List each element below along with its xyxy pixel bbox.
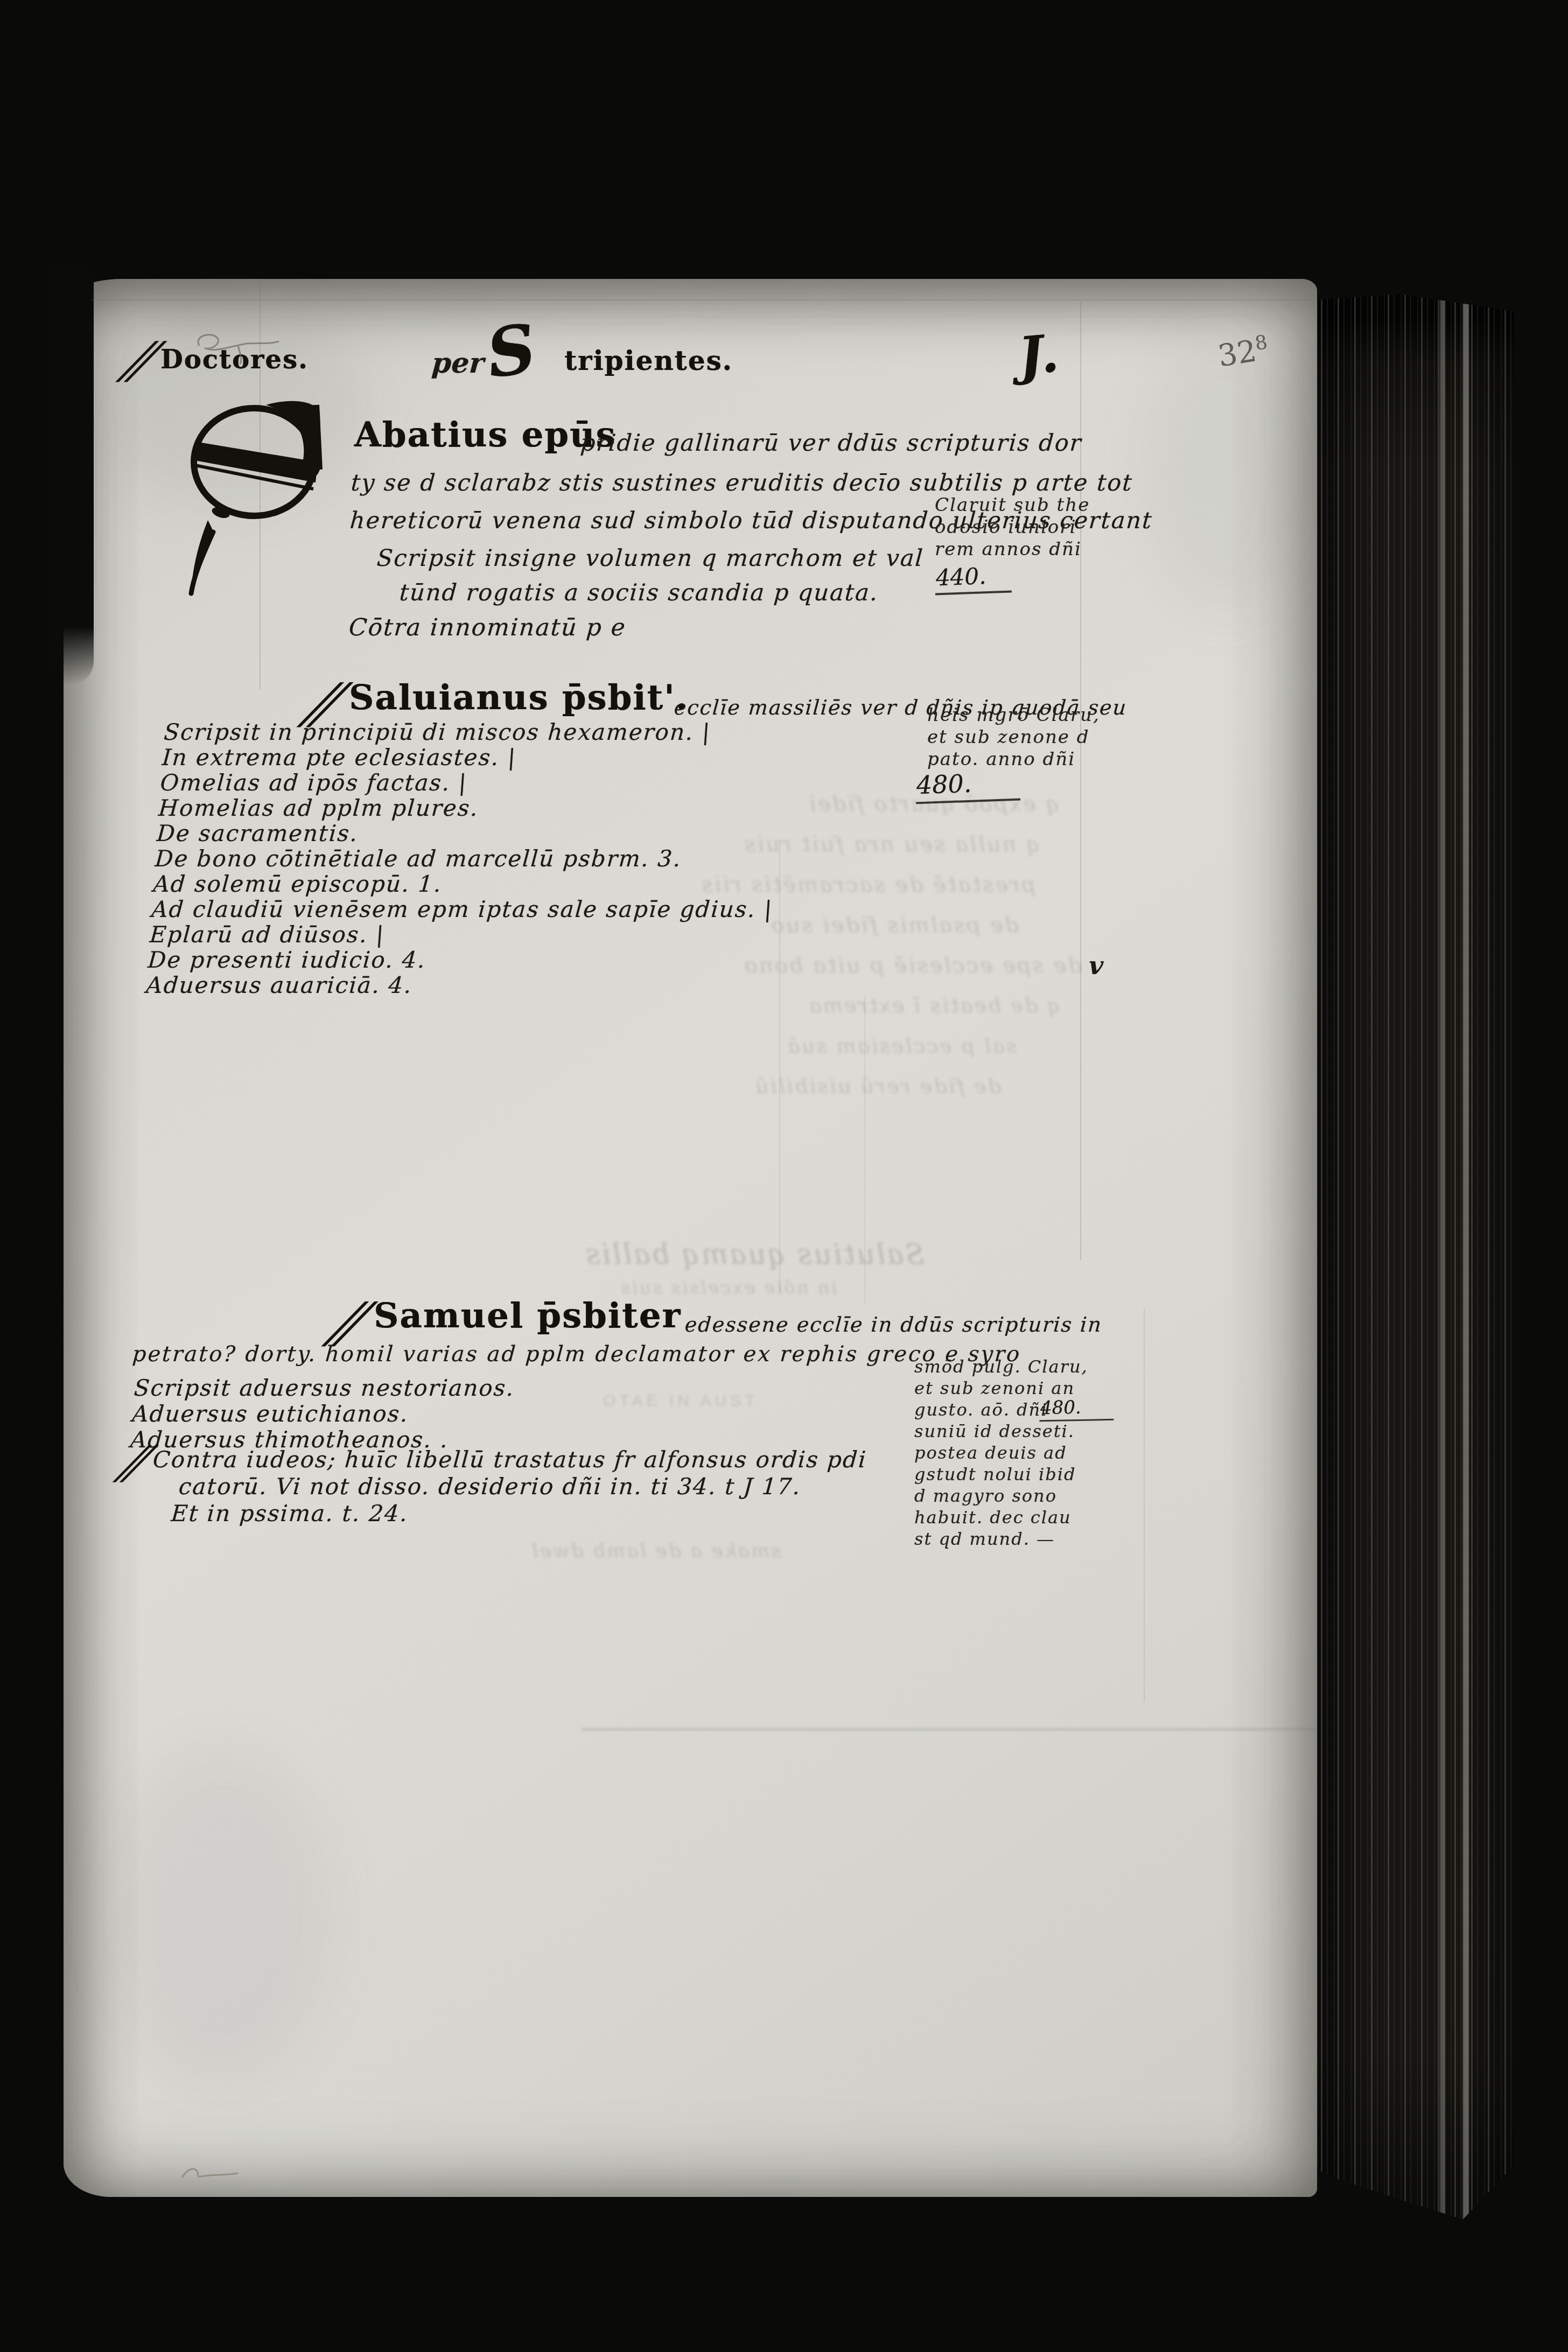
work-item: Scripsit aduersus nestorianos. <box>133 1375 515 1401</box>
margin-note-saluianus: heis mgrō Claru, et sub zenone d pato. a… <box>927 704 1100 771</box>
entry-text-line: Contra iudeos; huīc libellū trastatus fr… <box>152 1446 867 1473</box>
work-item: Ad claudiū vienēsem epm iptas sale sapīe… <box>151 897 774 922</box>
manuscript-photograph: q expoō quarto fidei q nulla seu nra fui… <box>0 0 1568 2352</box>
ghost-text-line: q nulla seu nra fuit ruis <box>743 832 1040 857</box>
margin-line: postea deuis ad <box>914 1442 1088 1464</box>
ghost-heading: Salutius quamq ballis <box>584 1238 925 1271</box>
entry-text-line: catorū. Vi not disso. desiderio dñi in. … <box>178 1473 802 1500</box>
margin-line: suniū id desseti. <box>914 1420 1088 1442</box>
margin-year-saluianus: 480. <box>915 767 1020 804</box>
ruling-line <box>92 299 1314 300</box>
work-item: Aduersus auariciā. 4. <box>145 972 768 998</box>
entry-text-line: petrato? dorty. homil varias ad pplm dec… <box>131 1342 1021 1367</box>
entry-text-line: Et in pssima. t. 24. <box>170 1500 409 1527</box>
initial-letter-A <box>173 398 351 603</box>
work-item: De presenti iudicio. 4. <box>147 947 770 972</box>
entry-heading-samuel: Samuel p̄sbiter <box>374 1296 681 1336</box>
ghost-text-line: smake a de lamb dwel <box>530 1540 781 1562</box>
ghost-text-line: de spe ecclesiē p uita bono <box>743 953 1082 978</box>
ghost-text-line: de psalmis fidei suo <box>770 913 1018 937</box>
ghost-caps-line: OTAE IN AUST <box>603 1392 758 1410</box>
work-item: Scripsit in principiū di miscos hexamero… <box>163 719 786 745</box>
ruling-line <box>1144 1308 1145 1702</box>
entry-text-line: Cōtra innominatū p e <box>348 614 627 641</box>
paper-stain <box>1142 334 1303 614</box>
margin-line: odosio iuniori <box>935 516 1090 538</box>
entry-heading-saluianus: Saluianus p̄sbit'. <box>349 677 689 718</box>
entry-heading-abatius: Abatius epūs <box>354 415 617 455</box>
running-title-per: per <box>431 347 485 380</box>
margin-line: heis mgrō Claru, <box>927 704 1100 726</box>
folio-number-digits: 32 <box>1216 333 1259 374</box>
stray-letter-mark: v <box>1088 951 1104 980</box>
work-item: Ad solemū episcopū. 1. <box>152 871 775 897</box>
margin-line: d magyro sono <box>914 1485 1088 1507</box>
running-title-ornamental-s: S <box>482 309 542 393</box>
section-letter: J. <box>1016 323 1062 387</box>
paper-fiber <box>178 2161 242 2188</box>
work-item: Aduersus eutichianos. <box>131 1401 514 1427</box>
margin-line: gstudt nolui ibid <box>914 1464 1088 1485</box>
margin-note-samuel: smōd pulg. Claru, et sub zenoni an gusto… <box>914 1356 1088 1550</box>
book-fore-edge <box>1317 294 1514 2227</box>
entry-text-line: Scripsit insigne volumen q marchom et va… <box>376 545 925 572</box>
paper-crease <box>582 1728 1314 1730</box>
margin-year-abatius: 440. <box>934 562 1011 596</box>
ruling-line <box>779 840 780 1292</box>
margin-line: st qd mund. — <box>914 1528 1088 1550</box>
pencil-doodle <box>188 330 291 367</box>
work-item: De bono cōtinētiale ad marcellū psbrm. 3… <box>154 846 777 871</box>
ghost-text-line: sal p ecclesiam suā <box>786 1034 1017 1058</box>
entry-text-line: pridie gallinarū ver ddūs scripturis dor <box>579 430 1083 457</box>
entry-text-line: ty se d sclarabz stis sustines eruditis … <box>350 470 1133 496</box>
work-item: Homelias ad pplm plures. <box>158 795 781 821</box>
margin-note-abatius: Claruit sub the odosio iuniori rem annos… <box>935 494 1090 561</box>
work-item: Omelias ad ipōs factas. | <box>159 770 782 795</box>
entry-heading-tail: edessene ecclīe in ddūs scripturis in <box>684 1313 1103 1336</box>
binding-gutter-shadow <box>48 269 94 685</box>
entry-text-line: tūnd rogatis a sociis scandia p quata. <box>398 579 879 606</box>
work-item: In extrema pte eclesiastes. | <box>162 745 785 770</box>
ghost-text-line: q de beatis ī extrema <box>808 993 1061 1017</box>
works-list-saluianus: Scripsit in principiū di miscos hexamero… <box>145 719 786 998</box>
margin-line: et sub zenoni an <box>914 1377 1088 1399</box>
work-item: De sacramentis. <box>156 821 779 846</box>
work-item: Eplarū ad diūsos. | <box>149 922 772 947</box>
paper-stain <box>108 1750 334 2084</box>
margin-year-samuel: 480. <box>1039 1396 1114 1422</box>
margin-line: et sub zenone d <box>927 726 1100 748</box>
works-list-samuel: Scripsit aduersus nestorianos. Aduersus … <box>129 1368 516 1453</box>
ghost-text-line: de fide rerū uisibiliū <box>754 1074 1001 1098</box>
margin-line: rem annos dñi <box>935 538 1090 561</box>
margin-line: habuit. dec clau <box>914 1507 1088 1528</box>
running-title-right: tripientes. <box>564 345 733 376</box>
margin-line: smōd pulg. Claru, <box>914 1356 1088 1377</box>
margin-line: Claruit sub the <box>935 494 1090 516</box>
